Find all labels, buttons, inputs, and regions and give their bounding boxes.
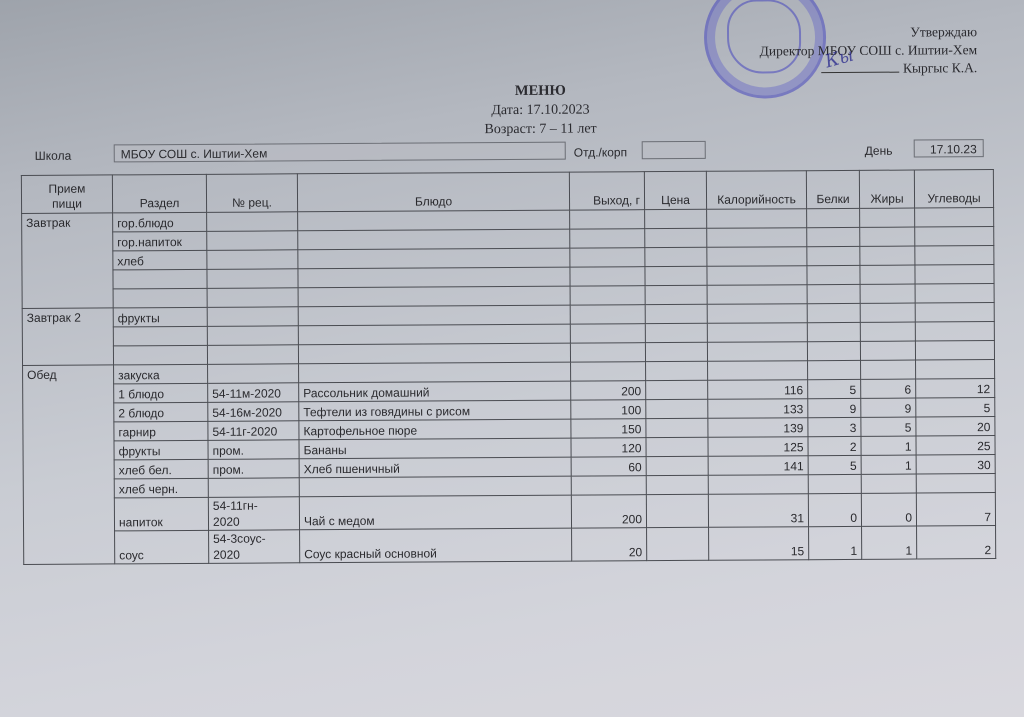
yield-cell: 20 [572,528,647,561]
fat-cell: 1 [861,436,916,455]
section-cell: напиток [114,497,208,531]
price-cell [646,361,708,380]
school-label: Школа [35,149,72,163]
calories-cell: 139 [708,418,808,438]
recipe-cell: 54-11гн-2020 [208,497,299,531]
dish-cell [298,324,570,345]
meal-cell: Завтрак [22,213,114,309]
carbs-cell: 20 [916,417,995,436]
dish-cell [299,476,571,497]
fat-cell: 0 [861,493,916,526]
dish-cell: Соус красный основной [300,528,572,563]
recipe-cell [207,326,298,346]
section-cell: хлеб [113,250,207,270]
recipe-cell [207,231,298,251]
recipe-cell: 54-16м-2020 [208,402,299,422]
recipe-cell: 54-11м-2020 [208,383,299,403]
carbs-cell [915,303,994,322]
meal-cell: Обед [23,365,115,565]
price-cell [645,266,707,285]
yield-cell: 150 [571,419,646,438]
carbs-cell [916,474,995,493]
price-cell [645,342,707,361]
calories-cell [707,266,807,286]
document-header: МЕНЮ Дата: 17.10.2023 Возраст: 7 – 11 ле… [0,79,1023,142]
yield-cell [570,286,645,305]
fat-cell [860,341,915,360]
section-cell [113,345,207,365]
calories-cell [707,209,807,229]
fat-cell [860,303,915,322]
menu-table-body: Завтракгор.блюдогор.напитокхлебЗавтрак 2… [22,208,996,565]
dish-cell: Картофельное пюре [299,419,571,440]
recipe-cell: 54-11г-2020 [208,421,299,441]
yield-cell [570,324,645,343]
fat-cell [860,284,915,303]
dept-field [642,141,706,159]
carbs-cell: 25 [916,436,995,455]
approval-heading: Утверждаю [759,23,977,42]
section-cell: 1 блюдо [114,383,208,403]
protein-cell [807,265,860,284]
fat-cell: 6 [861,379,916,398]
col-price: Цена [644,171,706,209]
protein-cell [807,303,860,322]
calories-cell [707,247,807,267]
section-cell: гарнир [114,421,208,441]
menu-document: Утверждаю Директор МБОУ СОШ с. Иштии-Хем… [0,0,1024,717]
carbs-cell: 30 [916,455,995,474]
fat-cell [860,265,915,284]
info-row: Школа МБОУ СОШ с. Иштии-Хем Отд./корп Де… [0,139,1023,167]
recipe-cell: пром. [208,459,299,479]
fat-cell [860,246,915,265]
price-cell [645,285,707,304]
dish-cell [298,286,570,307]
fat-cell [861,474,916,493]
recipe-cell [207,345,298,365]
table-row: соус54-3соус-2020Соус красный основной20… [24,526,996,565]
calories-cell [708,475,808,495]
dish-cell [299,362,571,383]
day-label: День [865,144,893,158]
section-cell: фрукты [113,307,207,327]
fat-cell [860,227,915,246]
protein-cell: 2 [808,436,861,455]
section-cell: 2 блюдо [114,402,208,422]
signature: Кы [823,47,855,72]
section-cell [113,326,207,346]
yield-cell: 60 [571,457,646,476]
price-cell [646,399,708,418]
price-cell [645,247,707,266]
yield-cell [570,305,645,324]
section-cell [113,288,207,308]
yield-cell: 100 [571,400,646,419]
col-meal: Приемпищи [21,175,112,214]
col-section: Раздел [112,174,206,213]
approval-signatory: Кы Кыргыс К.А. [760,59,978,78]
col-recipe: № рец. [206,174,297,213]
fat-cell: 5 [861,417,916,436]
dish-cell: Рассольник домашний [299,381,571,402]
recipe-cell: пром. [208,440,299,460]
menu-table: Приемпищи Раздел № рец. Блюдо Выход, г Ц… [21,169,996,565]
yield-cell: 200 [571,495,646,528]
section-cell [113,269,207,289]
calories-cell [707,323,807,343]
calories-cell: 116 [708,380,808,400]
approval-block: Утверждаю Директор МБОУ СОШ с. Иштии-Хем… [759,23,977,78]
price-cell [646,380,708,399]
price-cell [646,475,708,494]
protein-cell: 5 [808,455,861,474]
dish-cell [298,305,570,326]
col-yield: Выход, г [569,172,644,210]
calories-cell: 141 [708,456,808,476]
protein-cell [808,360,861,379]
section-cell: закуска [114,364,208,384]
carbs-cell [915,246,994,265]
approval-position: Директор МБОУ СОШ с. Иштии-Хем [760,41,978,60]
fat-cell: 1 [862,526,917,559]
carbs-cell [915,284,994,303]
price-cell [646,494,708,527]
protein-cell: 5 [808,379,861,398]
carbs-cell: 7 [916,493,995,526]
dish-cell: Хлеб пшеничный [299,457,571,478]
dish-cell: Чай с медом [299,495,571,530]
section-cell: гор.блюдо [113,212,207,232]
fat-cell [861,360,916,379]
section-cell: соус [115,530,209,564]
calories-cell: 31 [708,494,808,528]
section-cell: хлеб бел. [114,459,208,479]
protein-cell [807,284,860,303]
protein-cell: 9 [808,398,861,417]
yield-cell [570,267,645,286]
recipe-cell [207,212,298,232]
calories-cell: 125 [708,437,808,457]
recipe-cell [207,288,298,308]
dish-cell [298,267,570,288]
fat-cell [860,208,915,227]
dish-cell [298,248,570,269]
yield-cell: 200 [571,381,646,400]
protein-cell [808,474,861,493]
protein-cell: 0 [808,493,861,526]
section-cell: хлеб черн. [114,478,208,498]
school-field: МБОУ СОШ с. Иштии-Хем [114,142,566,163]
carbs-cell [916,360,995,379]
price-cell [647,527,709,560]
calories-cell: 15 [709,527,809,561]
day-field: 17.10.23 [914,139,984,157]
carbs-cell [915,208,994,227]
protein-cell: 1 [809,526,862,559]
calories-cell [707,304,807,324]
carbs-cell [915,265,994,284]
carbs-cell: 2 [917,526,996,559]
protein-cell [807,208,860,227]
dish-cell [298,210,570,231]
calories-cell [708,361,808,381]
fat-cell: 9 [861,398,916,417]
calories-cell [707,228,807,248]
yield-cell [570,210,645,229]
carbs-cell [915,341,994,360]
calories-cell [707,285,807,305]
dish-cell: Тефтели из говядины с рисом [299,400,571,421]
yield-cell [570,229,645,248]
calories-cell [707,342,807,362]
dept-label: Отд./корп [574,145,627,159]
price-cell [645,304,707,323]
meal-cell: Завтрак 2 [22,308,113,366]
fat-cell: 1 [861,455,916,474]
carbs-cell [915,322,994,341]
yield-cell [570,343,645,362]
recipe-cell [208,478,299,498]
price-cell [645,228,707,247]
recipe-cell [207,307,298,327]
price-cell [645,209,707,228]
col-carbs: Углеводы [914,170,993,208]
protein-cell [807,227,860,246]
col-fat: Жиры [859,170,914,208]
table-header-row: Приемпищи Раздел № рец. Блюдо Выход, г Ц… [21,170,993,214]
section-cell: гор.напиток [113,231,207,251]
price-cell [646,437,708,456]
recipe-cell: 54-3соус-2020 [209,530,300,564]
price-cell [646,418,708,437]
protein-cell [807,322,860,341]
signatory-name: Кыргыс К.А. [903,60,977,75]
carbs-cell: 5 [916,398,995,417]
protein-cell [807,246,860,265]
signature-line: Кы [821,60,899,73]
col-protein: Белки [806,170,859,208]
recipe-cell [207,250,298,270]
yield-cell [571,476,646,495]
recipe-cell [208,364,299,384]
price-cell [645,323,707,342]
fat-cell [860,322,915,341]
dish-cell [298,343,570,364]
price-cell [646,456,708,475]
protein-cell: 3 [808,417,861,436]
yield-cell [570,248,645,267]
recipe-cell [207,269,298,289]
yield-cell: 120 [571,438,646,457]
dish-cell: Бананы [299,438,571,459]
protein-cell [807,341,860,360]
col-dish: Блюдо [297,172,569,212]
calories-cell: 133 [708,399,808,419]
table-row: напиток54-11гн-2020Чай с медом20031007 [23,493,995,532]
dish-cell [298,229,570,250]
carbs-cell: 12 [916,379,995,398]
col-calories: Калорийность [706,171,806,210]
yield-cell [571,362,646,381]
carbs-cell [915,227,994,246]
section-cell: фрукты [114,440,208,460]
